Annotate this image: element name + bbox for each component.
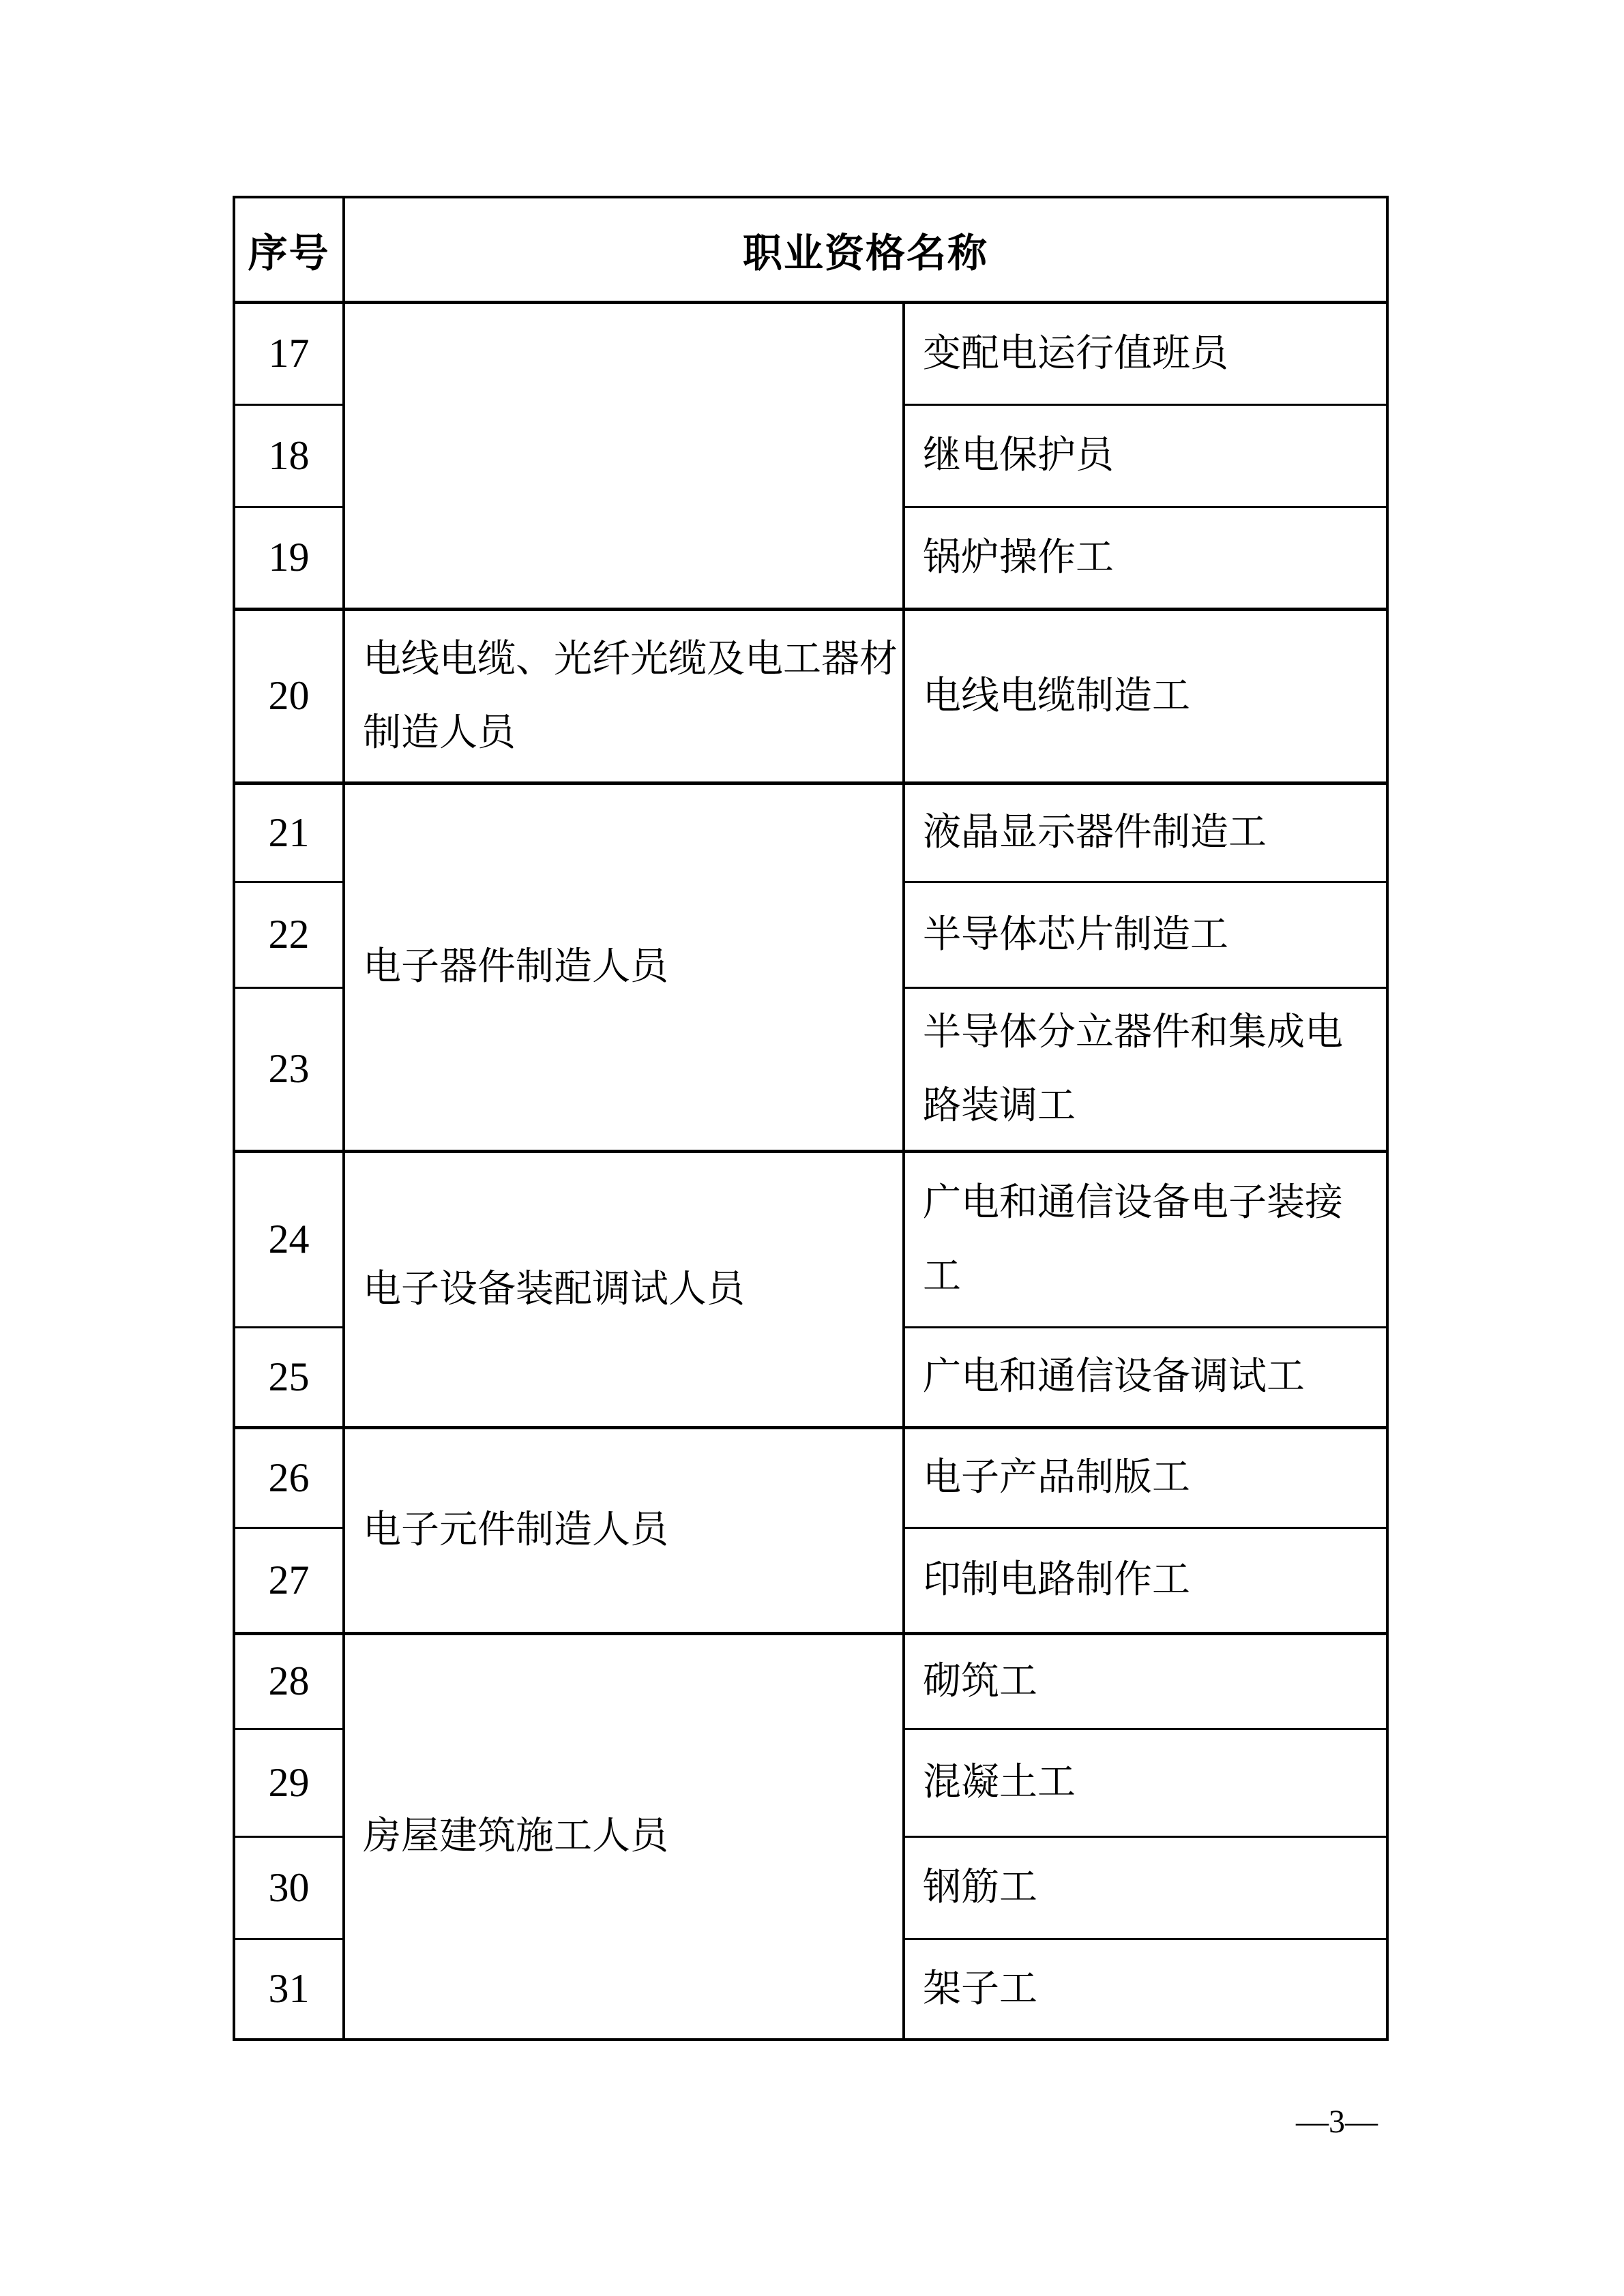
seq-cell: 31 [234, 1939, 344, 2040]
qualification-table: 序号 职业资格名称 17 变配电运行值班员 18 继电保护员 19 锅炉操作工 … [233, 196, 1389, 2041]
table-row: 28 房屋建筑施工人员 砌筑工 [234, 1633, 1387, 1729]
job-cell: 砌筑工 [904, 1633, 1387, 1729]
seq-cell: 23 [234, 987, 344, 1151]
seq-cell: 24 [234, 1151, 344, 1327]
seq-cell: 19 [234, 507, 344, 609]
job-cell: 变配电运行值班员 [904, 302, 1387, 404]
job-cell: 钢筋工 [904, 1836, 1387, 1939]
job-cell: 架子工 [904, 1939, 1387, 2040]
category-cell: 电子元件制造人员 [344, 1427, 904, 1633]
seq-cell: 17 [234, 302, 344, 404]
job-cell: 锅炉操作工 [904, 507, 1387, 609]
job-cell: 半导体分立器件和集成电路装调工 [904, 987, 1387, 1151]
header-qualification-name: 职业资格名称 [344, 197, 1387, 302]
job-cell: 继电保护员 [904, 404, 1387, 507]
footer-page-number: —3— [1255, 2106, 1419, 2138]
seq-cell: 18 [234, 404, 344, 507]
job-cell: 半导体芯片制造工 [904, 882, 1387, 987]
table-header-row: 序号 职业资格名称 [234, 197, 1387, 302]
category-cell: 房屋建筑施工人员 [344, 1633, 904, 2040]
table-row: 20 电线电缆、光纤光缆及电工器材制造人员 电线电缆制造工 [234, 609, 1387, 783]
seq-cell: 26 [234, 1427, 344, 1527]
job-cell: 电线电缆制造工 [904, 609, 1387, 783]
seq-cell: 22 [234, 882, 344, 987]
job-cell: 广电和通信设备调试工 [904, 1327, 1387, 1427]
job-cell: 电子产品制版工 [904, 1427, 1387, 1527]
category-cell: 电子设备装配调试人员 [344, 1151, 904, 1427]
seq-cell: 28 [234, 1633, 344, 1729]
table-row: 26 电子元件制造人员 电子产品制版工 [234, 1427, 1387, 1527]
seq-cell: 27 [234, 1527, 344, 1633]
seq-cell: 30 [234, 1836, 344, 1939]
category-cell: 电子器件制造人员 [344, 783, 904, 1151]
header-seq: 序号 [234, 197, 344, 302]
seq-cell: 25 [234, 1327, 344, 1427]
table-row: 17 变配电运行值班员 [234, 302, 1387, 404]
table-row: 24 电子设备装配调试人员 广电和通信设备电子装接工 [234, 1151, 1387, 1327]
job-cell: 广电和通信设备电子装接工 [904, 1151, 1387, 1327]
seq-cell: 21 [234, 783, 344, 882]
table-row: 21 电子器件制造人员 液晶显示器件制造工 [234, 783, 1387, 882]
job-cell: 混凝土工 [904, 1729, 1387, 1836]
job-cell: 液晶显示器件制造工 [904, 783, 1387, 882]
category-cell: 电线电缆、光纤光缆及电工器材制造人员 [344, 609, 904, 783]
seq-cell: 29 [234, 1729, 344, 1836]
job-cell: 印制电路制作工 [904, 1527, 1387, 1633]
document-page: 序号 职业资格名称 17 变配电运行值班员 18 继电保护员 19 锅炉操作工 … [0, 0, 1624, 2296]
seq-cell: 20 [234, 609, 344, 783]
category-cell [344, 302, 904, 609]
